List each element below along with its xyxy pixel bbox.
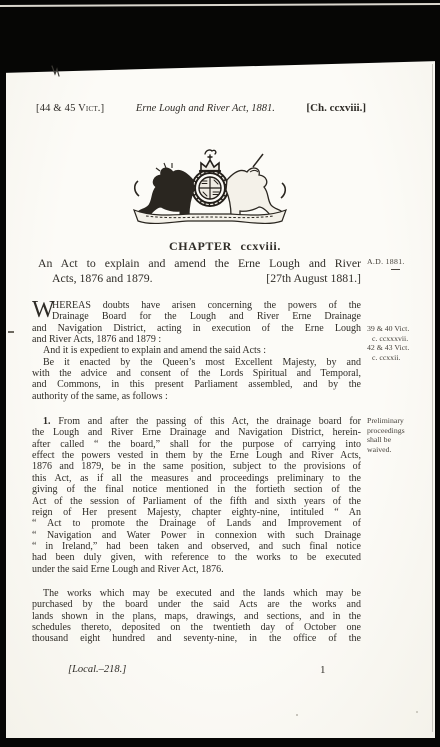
text-line: waived. (367, 445, 439, 455)
page-content: [44 & 45 Vict.] Erne Lough and River Act… (6, 2, 435, 738)
preamble-whereas: W HEREAS doubts have arisen concerning t… (32, 300, 361, 345)
act-long-title: An Act to explain and amend the Erne Lou… (38, 256, 361, 285)
text-line: c. ccxxii. (367, 353, 439, 363)
printer-signature: [Local.–218.] (68, 664, 126, 675)
text-line: effect the powers vested in them by the … (32, 450, 361, 461)
scan-bottom-band (0, 738, 440, 747)
text-line: Preliminary (367, 416, 439, 426)
text-line: 39 & 40 Vict. (367, 324, 439, 334)
margin-note-section1: Preliminaryproceedingsshall bewaived. (367, 416, 439, 454)
running-head-act-title: Erne Lough and River Act, 1881. (136, 103, 275, 114)
text-line: The works which may be executed and the … (32, 588, 361, 599)
text-line: HEREAS doubts have arisen concerning the… (32, 300, 361, 311)
scan-right-band (435, 0, 440, 747)
text-line: “ in Ireland,” had been taken and observ… (32, 541, 361, 552)
section-1-works-paragraph: The works which may be executed and the … (32, 588, 361, 645)
text-line: authority of the same, as follows : (32, 391, 361, 402)
text-line: Be it enacted by the Queen’s most Excell… (32, 357, 361, 368)
text-line: Act of the session of Parliament of the … (32, 496, 361, 507)
text-line: after called “ the board,” shall for the… (32, 439, 361, 450)
section-number: 1. (43, 416, 51, 427)
section-1: 1. From and after the passing of this Ac… (32, 416, 361, 575)
margin-note-year: A.D. 1881. (367, 257, 439, 270)
text-line: this Act, as if all the measures and pro… (32, 473, 361, 484)
text-line: had been duly given, with reference to t… (32, 552, 361, 563)
text-line: shall be (367, 435, 439, 445)
text-line: under the said Erne Lough and River Act,… (32, 564, 361, 575)
act-title-line: Acts, 1876 and 1879. (52, 271, 153, 286)
text-line: “ Navigation and Water Power in connexio… (32, 530, 361, 541)
text-line: with the advice and consent of the Lords… (32, 368, 361, 379)
drop-cap: W (32, 300, 52, 322)
text-line: lands shown in the plans, maps, drawings… (32, 611, 361, 622)
pen-mark-icon (50, 64, 68, 85)
running-head-regnal-year: [44 & 45 Vict.] (36, 103, 104, 114)
text-line: “ Act to promote the Drainage of Lands a… (32, 518, 361, 529)
text-line: reign of Her present Majesty, chapter ei… (32, 507, 361, 518)
running-head-chapter: [Ch. ccxviii.] (306, 102, 366, 114)
text-line: 1876 and 1879, be in the same position, … (32, 461, 361, 472)
text-line: and Navigation District, acting in execu… (32, 323, 361, 334)
margin-note-citations: 39 & 40 Vict.c. ccxxxvii.42 & 43 Vict.c.… (367, 324, 439, 362)
preamble-expedient: And it is expedient to explain and amend… (32, 345, 361, 356)
text-line: c. ccxxxvii. (367, 334, 439, 344)
text-line: thousand eight hundred and seventy-nine,… (32, 633, 361, 644)
text-line: the Lough and River Erne Drainage and Na… (32, 427, 361, 438)
page-number: 1 (320, 664, 326, 676)
margin-note-rule (391, 269, 400, 270)
royal-assent-date: [27th August 1881.] (266, 271, 361, 286)
text-line: purchased by the board under the said Ac… (32, 599, 361, 610)
text-line: proceedings (367, 426, 439, 436)
royal-coat-of-arms-icon (122, 146, 298, 226)
text-line: Drainage Board for the Lough and River E… (32, 311, 361, 322)
enacting-clause: Be it enacted by the Queen’s most Excell… (32, 357, 361, 402)
act-body-text: W HEREAS doubts have arisen concerning t… (32, 300, 361, 645)
text-line: and River Acts, 1876 and 1879 : (32, 334, 361, 345)
act-title-line: An Act to explain and amend the Erne Lou… (38, 256, 361, 271)
section-1-first-line: 1. From and after the passing of this Ac… (32, 416, 361, 427)
text-line: and Commons, in this present Parliament … (32, 379, 361, 390)
text-line: schedules thereto, deposited on the twen… (32, 622, 361, 633)
running-head: [44 & 45 Vict.] Erne Lough and River Act… (36, 102, 366, 114)
chapter-heading: CHAPTER ccxviii. (32, 239, 390, 254)
text-line: And it is expedient to explain and amend… (32, 345, 361, 356)
text-line: giving of the final notice mentioned in … (32, 484, 361, 495)
text-line: 42 & 43 Vict. (367, 343, 439, 353)
scanned-page: [44 & 45 Vict.] Erne Lough and River Act… (6, 2, 435, 738)
